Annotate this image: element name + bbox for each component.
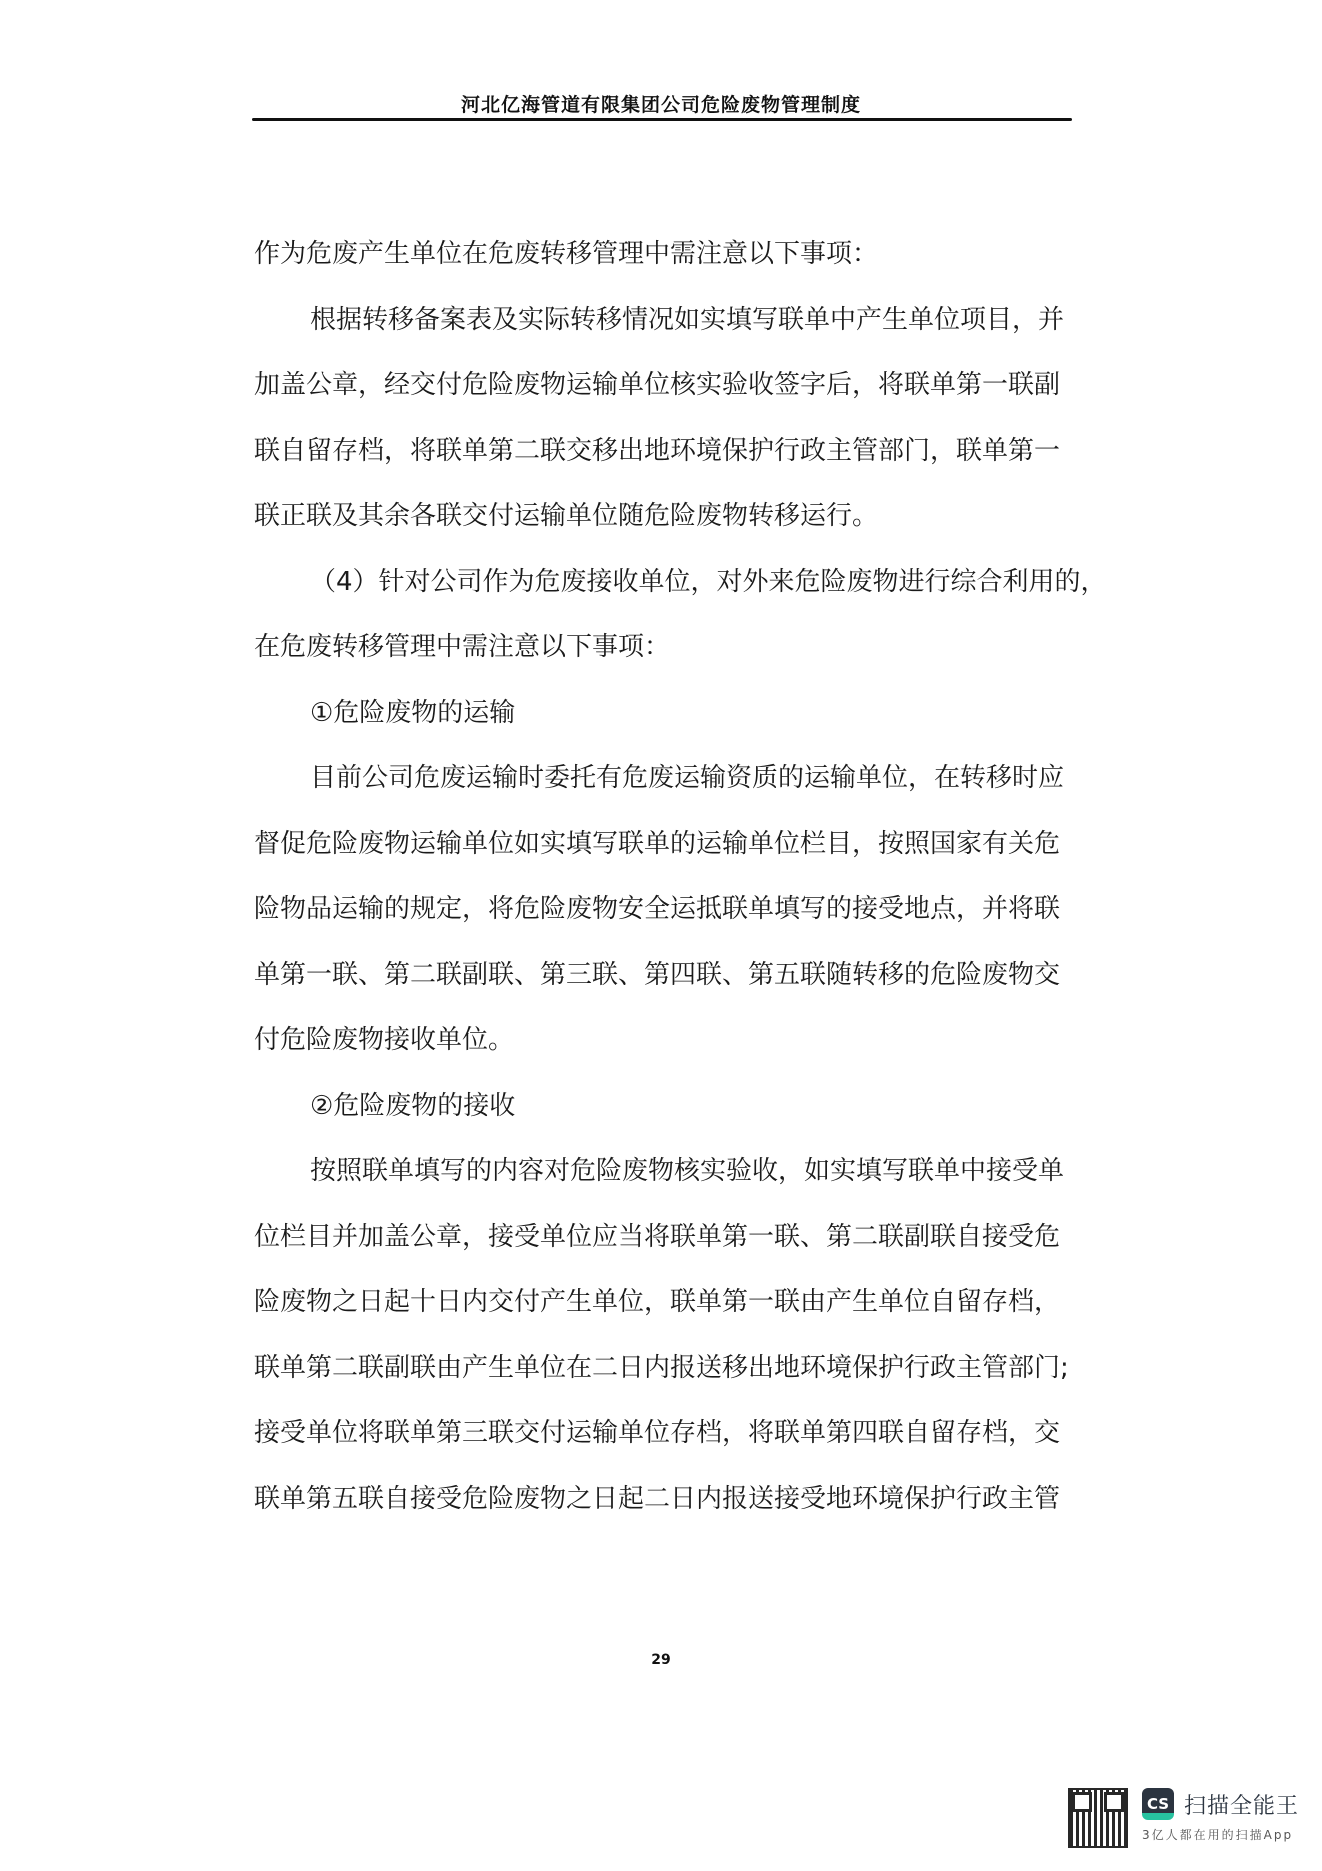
text-line: 作为危废产生单位在危废转移管理中需注意以下事项： [254, 222, 1076, 288]
text-line: 联自留存档，将联单第二联交移出地环境保护行政主管部门，联单第一 [254, 419, 1076, 485]
text-line: 单第一联、第二联副联、第三联、第四联、第五联随转移的危险废物交 [254, 943, 1076, 1009]
text-line: 在危废转移管理中需注意以下事项： [254, 615, 1076, 681]
brand-block: CS 扫描全能王 3亿人都在用的扫描App [1142, 1788, 1299, 1843]
qr-code-icon [1068, 1788, 1128, 1848]
subsection-heading-transport: ①危险废物的运输 [254, 681, 1076, 747]
header-divider [252, 118, 1072, 121]
brand-name: 扫描全能王 [1184, 1789, 1299, 1820]
text-line: 险废物之日起十日内交付产生单位，联单第一联由产生单位自留存档， [254, 1270, 1076, 1336]
document-body: 作为危废产生单位在危废转移管理中需注意以下事项： 根据转移备案表及实际转移情况如… [254, 222, 1076, 1532]
text-line: 加盖公章，经交付危险废物运输单位核实验收签字后，将联单第一联副 [254, 353, 1076, 419]
text-line: 接受单位将联单第三联交付运输单位存档，将联单第四联自留存档，交 [254, 1401, 1076, 1467]
text-line: 按照联单填写的内容对危险废物核实验收，如实填写联单中接受单 [254, 1139, 1076, 1205]
text-line: 付危险废物接收单位。 [254, 1008, 1076, 1074]
page-number: 29 [0, 1652, 1322, 1668]
scanner-watermark: CS 扫描全能王 3亿人都在用的扫描App [1068, 1788, 1299, 1848]
text-line: 位栏目并加盖公章，接受单位应当将联单第一联、第二联副联自接受危 [254, 1205, 1076, 1271]
text-line: 督促危险废物运输单位如实填写联单的运输单位栏目，按照国家有关危 [254, 812, 1076, 878]
camscanner-logo-icon: CS [1142, 1788, 1174, 1820]
text-line: 目前公司危废运输时委托有危废运输资质的运输单位，在转移时应 [254, 746, 1076, 812]
subsection-heading-receipt: ②危险废物的接收 [254, 1074, 1076, 1140]
text-line: 根据转移备案表及实际转移情况如实填写联单中产生单位项目，并 [254, 288, 1076, 354]
text-line: 险物品运输的规定，将危险废物安全运抵联单填写的接受地点，并将联 [254, 877, 1076, 943]
text-line: 联单第二联副联由产生单位在二日内报送移出地环境保护行政主管部门; [254, 1336, 1076, 1402]
document-header-title: 河北亿海管道有限集团公司危险废物管理制度 [0, 90, 1322, 117]
section-heading: （4）针对公司作为危废接收单位，对外来危险废物进行综合利用的， [254, 550, 1076, 616]
text-line: 联单第五联自接受危险废物之日起二日内报送接受地环境保护行政主管 [254, 1467, 1076, 1533]
text-line: 联正联及其余各联交付运输单位随危险废物转移运行。 [254, 484, 1076, 550]
brand-tagline: 3亿人都在用的扫描App [1142, 1826, 1299, 1843]
